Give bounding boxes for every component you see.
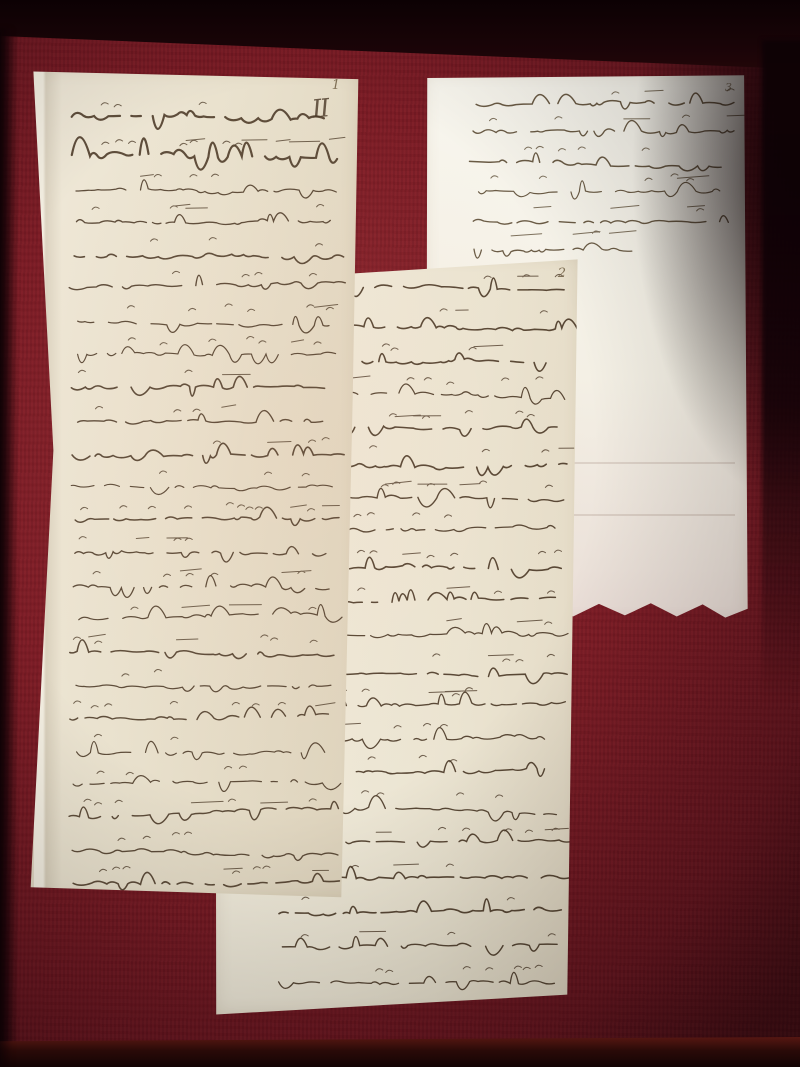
manuscript-sheet-page1: 1 ІІ — [28, 64, 362, 904]
page-number: 3 — [725, 81, 732, 94]
page-number: 1 — [332, 78, 340, 93]
museum-display-photo: 3 2 1 ІІ — [0, 0, 800, 1067]
page-number: 2 — [558, 266, 566, 281]
handwriting-cyrillic-cursive — [28, 64, 362, 904]
folio-flourish-mark: ІІ — [311, 93, 330, 123]
